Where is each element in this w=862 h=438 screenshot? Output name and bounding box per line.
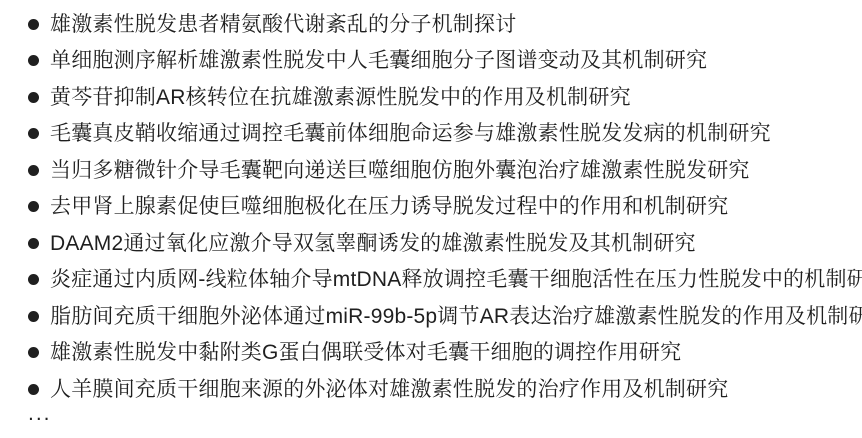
list-item: 人羊膜间充质干细胞来源的外泌体对雄激素性脱发的治疗作用及机制研究 [28, 371, 854, 408]
list-item-text: 单细胞测序解析雄激素性脱发中人毛囊细胞分子图谱变动及其机制研究 [50, 50, 707, 71]
bullet-icon [28, 274, 39, 285]
bullet-icon [28, 347, 39, 358]
bullet-icon [28, 92, 39, 103]
list-item: 雄激素性脱发中黏附类G蛋白偶联受体对毛囊干细胞的调控作用研究 [28, 335, 854, 372]
list-item: 雄激素性脱发患者精氨酸代谢紊乱的分子机制探讨 [28, 6, 854, 43]
list-item-text: 炎症通过内质网-线粒体轴介导mtDNA释放调控毛囊干细胞活性在压力性脱发中的机制… [50, 269, 862, 290]
ellipsis-row: ... [28, 408, 854, 433]
list-item-text: DAAM2通过氧化应激介导双氢睾酮诱发的雄激素性脱发及其机制研究 [50, 233, 696, 254]
list-item-text: 毛囊真皮鞘收缩通过调控毛囊前体细胞命运参与雄激素性脱发发病的机制研究 [50, 123, 771, 144]
list-item: 当归多糖微针介导毛囊靶向递送巨噬细胞仿胞外囊泡治疗雄激素性脱发研究 [28, 152, 854, 189]
bullet-icon [28, 384, 39, 395]
list-item-text: 雄激素性脱发患者精氨酸代谢紊乱的分子机制探讨 [50, 14, 516, 35]
ellipsis-text: ... [28, 408, 52, 421]
bullet-icon [28, 19, 39, 30]
topic-list: 雄激素性脱发患者精氨酸代谢紊乱的分子机制探讨 单细胞测序解析雄激素性脱发中人毛囊… [0, 0, 862, 438]
list-item-text: 脂肪间充质干细胞外泌体通过miR-99b-5p调节AR表达治疗雄激素性脱发的作用… [50, 306, 862, 327]
bullet-icon [28, 311, 39, 322]
list-item: 去甲肾上腺素促使巨噬细胞极化在压力诱导脱发过程中的作用和机制研究 [28, 189, 854, 226]
list-item-text: 黄芩苷抑制AR核转位在抗雄激素源性脱发中的作用及机制研究 [50, 87, 631, 108]
list-item-text: 当归多糖微针介导毛囊靶向递送巨噬细胞仿胞外囊泡治疗雄激素性脱发研究 [50, 160, 750, 181]
list-item-text: 雄激素性脱发中黏附类G蛋白偶联受体对毛囊干细胞的调控作用研究 [50, 342, 681, 363]
bullet-icon [28, 165, 39, 176]
list-item: 单细胞测序解析雄激素性脱发中人毛囊细胞分子图谱变动及其机制研究 [28, 43, 854, 80]
bullet-icon [28, 55, 39, 66]
bullet-icon [28, 201, 39, 212]
list-item: DAAM2通过氧化应激介导双氢睾酮诱发的雄激素性脱发及其机制研究 [28, 225, 854, 262]
bullet-icon [28, 238, 39, 249]
list-item-text: 人羊膜间充质干细胞来源的外泌体对雄激素性脱发的治疗作用及机制研究 [50, 379, 728, 400]
list-item: 毛囊真皮鞘收缩通过调控毛囊前体细胞命运参与雄激素性脱发发病的机制研究 [28, 116, 854, 153]
list-item-text: 去甲肾上腺素促使巨噬细胞极化在压力诱导脱发过程中的作用和机制研究 [50, 196, 728, 217]
list-item: 脂肪间充质干细胞外泌体通过miR-99b-5p调节AR表达治疗雄激素性脱发的作用… [28, 298, 854, 335]
list-item: 黄芩苷抑制AR核转位在抗雄激素源性脱发中的作用及机制研究 [28, 79, 854, 116]
list-item: 炎症通过内质网-线粒体轴介导mtDNA释放调控毛囊干细胞活性在压力性脱发中的机制… [28, 262, 854, 299]
bullet-icon [28, 128, 39, 139]
